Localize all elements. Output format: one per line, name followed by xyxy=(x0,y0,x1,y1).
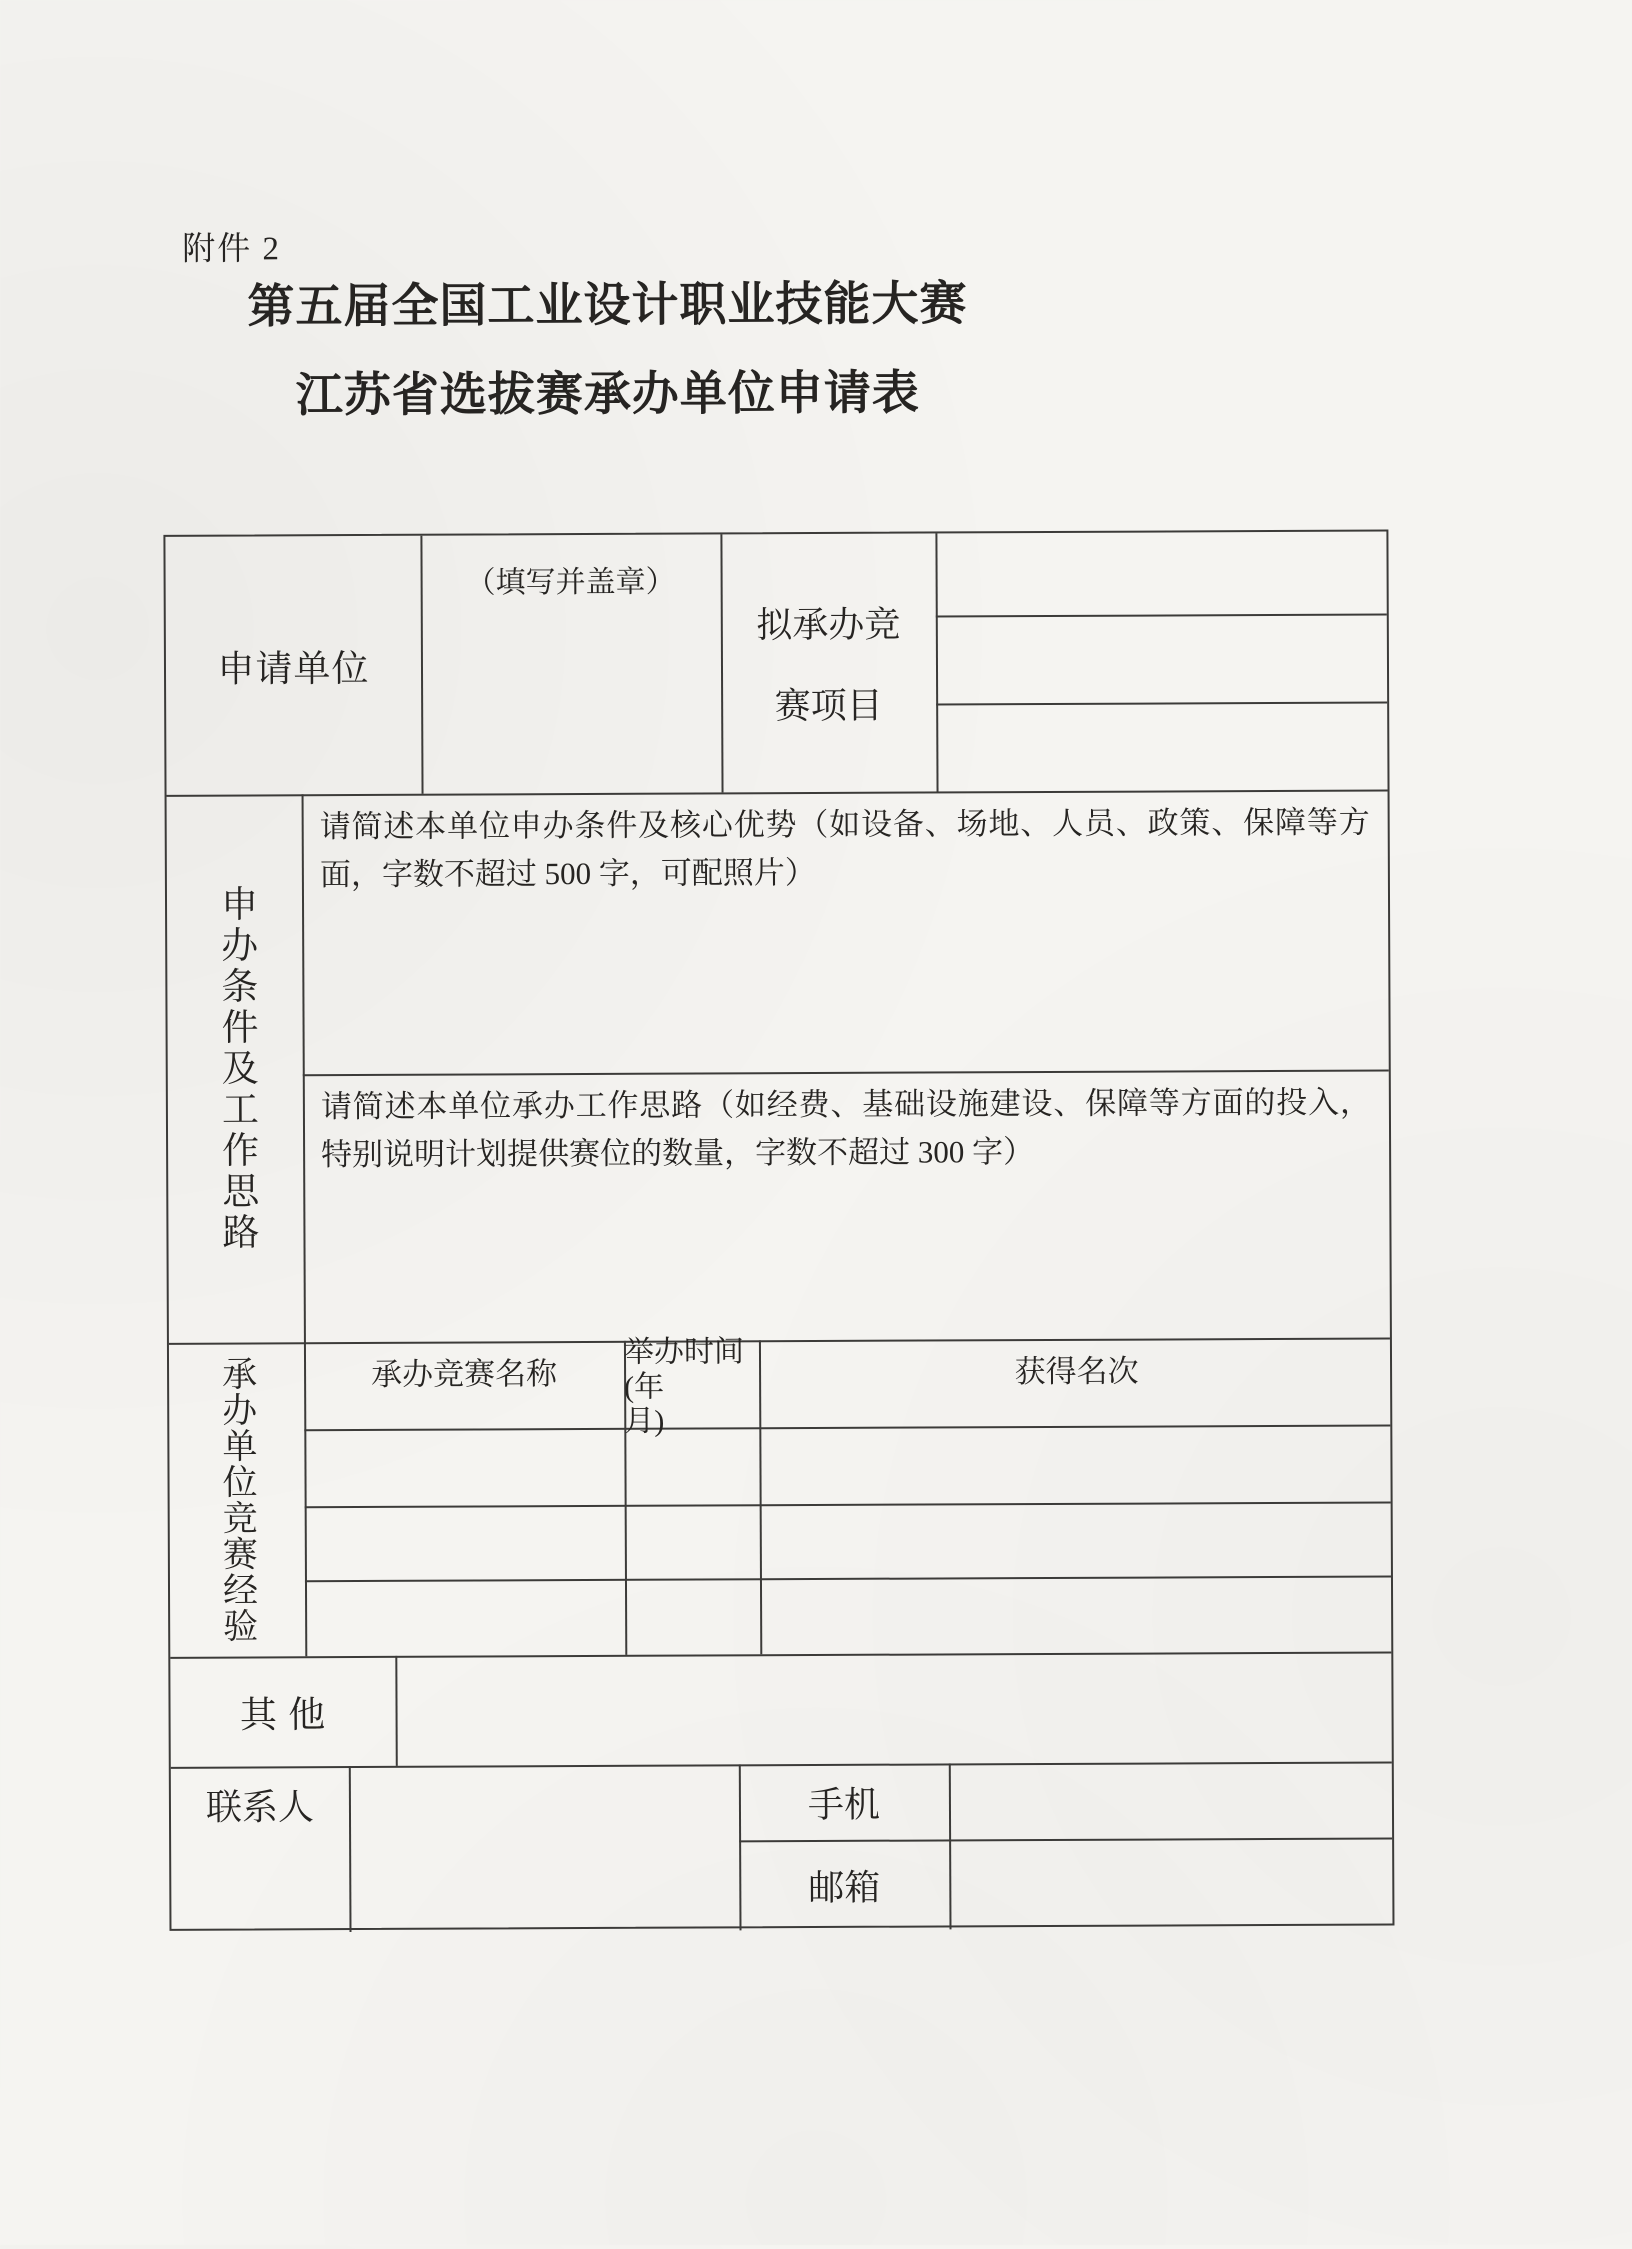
conditions-part1-value xyxy=(302,892,1389,1075)
email-value xyxy=(949,1837,1396,1929)
experience-side-label: 承办单位竞赛经验 xyxy=(169,1342,305,1657)
proposed-projects-label-line2: 赛项目 xyxy=(775,678,883,729)
experience-row1-time xyxy=(624,1427,759,1505)
attachment-label: 附件 2 xyxy=(182,222,281,269)
conditions-part2-value xyxy=(303,1182,1390,1343)
contact-label: 联系人 xyxy=(171,1766,349,1843)
scanned-page: 附件 2 第五届全国工业设计职业技能大赛 江苏省选拔赛承办单位申请表 申请单位 … xyxy=(0,0,1632,2245)
email-label: 邮箱 xyxy=(739,1839,949,1930)
experience-row3-rank xyxy=(760,1575,1395,1654)
project-value-2 xyxy=(936,613,1391,703)
title-line-1: 第五届全国工业设计职业技能大赛 xyxy=(162,281,1052,332)
project-value-3 xyxy=(936,701,1391,791)
document-title: 第五届全国工业设计职业技能大赛 江苏省选拔赛承办单位申请表 xyxy=(162,281,1053,421)
experience-header-time: 举办时间(年 月) xyxy=(624,1340,759,1428)
proposed-projects-label-line1: 拟承办竞 xyxy=(756,597,900,649)
application-form-table: 申请单位 （填写并盖章） 拟承办竞 赛项目 申办条件及工作思路 请简述本单位申办… xyxy=(163,529,1394,1930)
title-line-2: 江苏省选拔赛承办单位申请表 xyxy=(163,370,1053,421)
other-label: 其 他 xyxy=(170,1656,395,1767)
experience-header-rank: 获得名次 xyxy=(759,1337,1394,1427)
contact-value xyxy=(349,1764,740,1932)
experience-row3-time xyxy=(625,1578,760,1655)
experience-row2-name xyxy=(305,1505,625,1580)
experience-row2-time xyxy=(625,1504,760,1579)
experience-row3-name xyxy=(305,1579,625,1656)
applicant-unit-label: 申请单位 xyxy=(165,536,421,795)
experience-row2-rank xyxy=(760,1501,1395,1578)
mobile-label: 手机 xyxy=(739,1763,949,1840)
proposed-projects-label: 拟承办竞 赛项目 xyxy=(720,533,936,792)
experience-header-time-line1: 举办时间(年 xyxy=(624,1336,759,1406)
experience-header-name: 承办竞赛名称 xyxy=(304,1341,624,1429)
conditions-side-label: 申办条件及工作思路 xyxy=(167,794,304,1343)
other-value xyxy=(395,1651,1395,1765)
experience-row1-name xyxy=(304,1428,624,1506)
experience-row1-rank xyxy=(759,1424,1394,1504)
project-value-1 xyxy=(935,531,1390,615)
applicant-unit-value xyxy=(421,574,722,793)
mobile-value xyxy=(949,1761,1396,1839)
